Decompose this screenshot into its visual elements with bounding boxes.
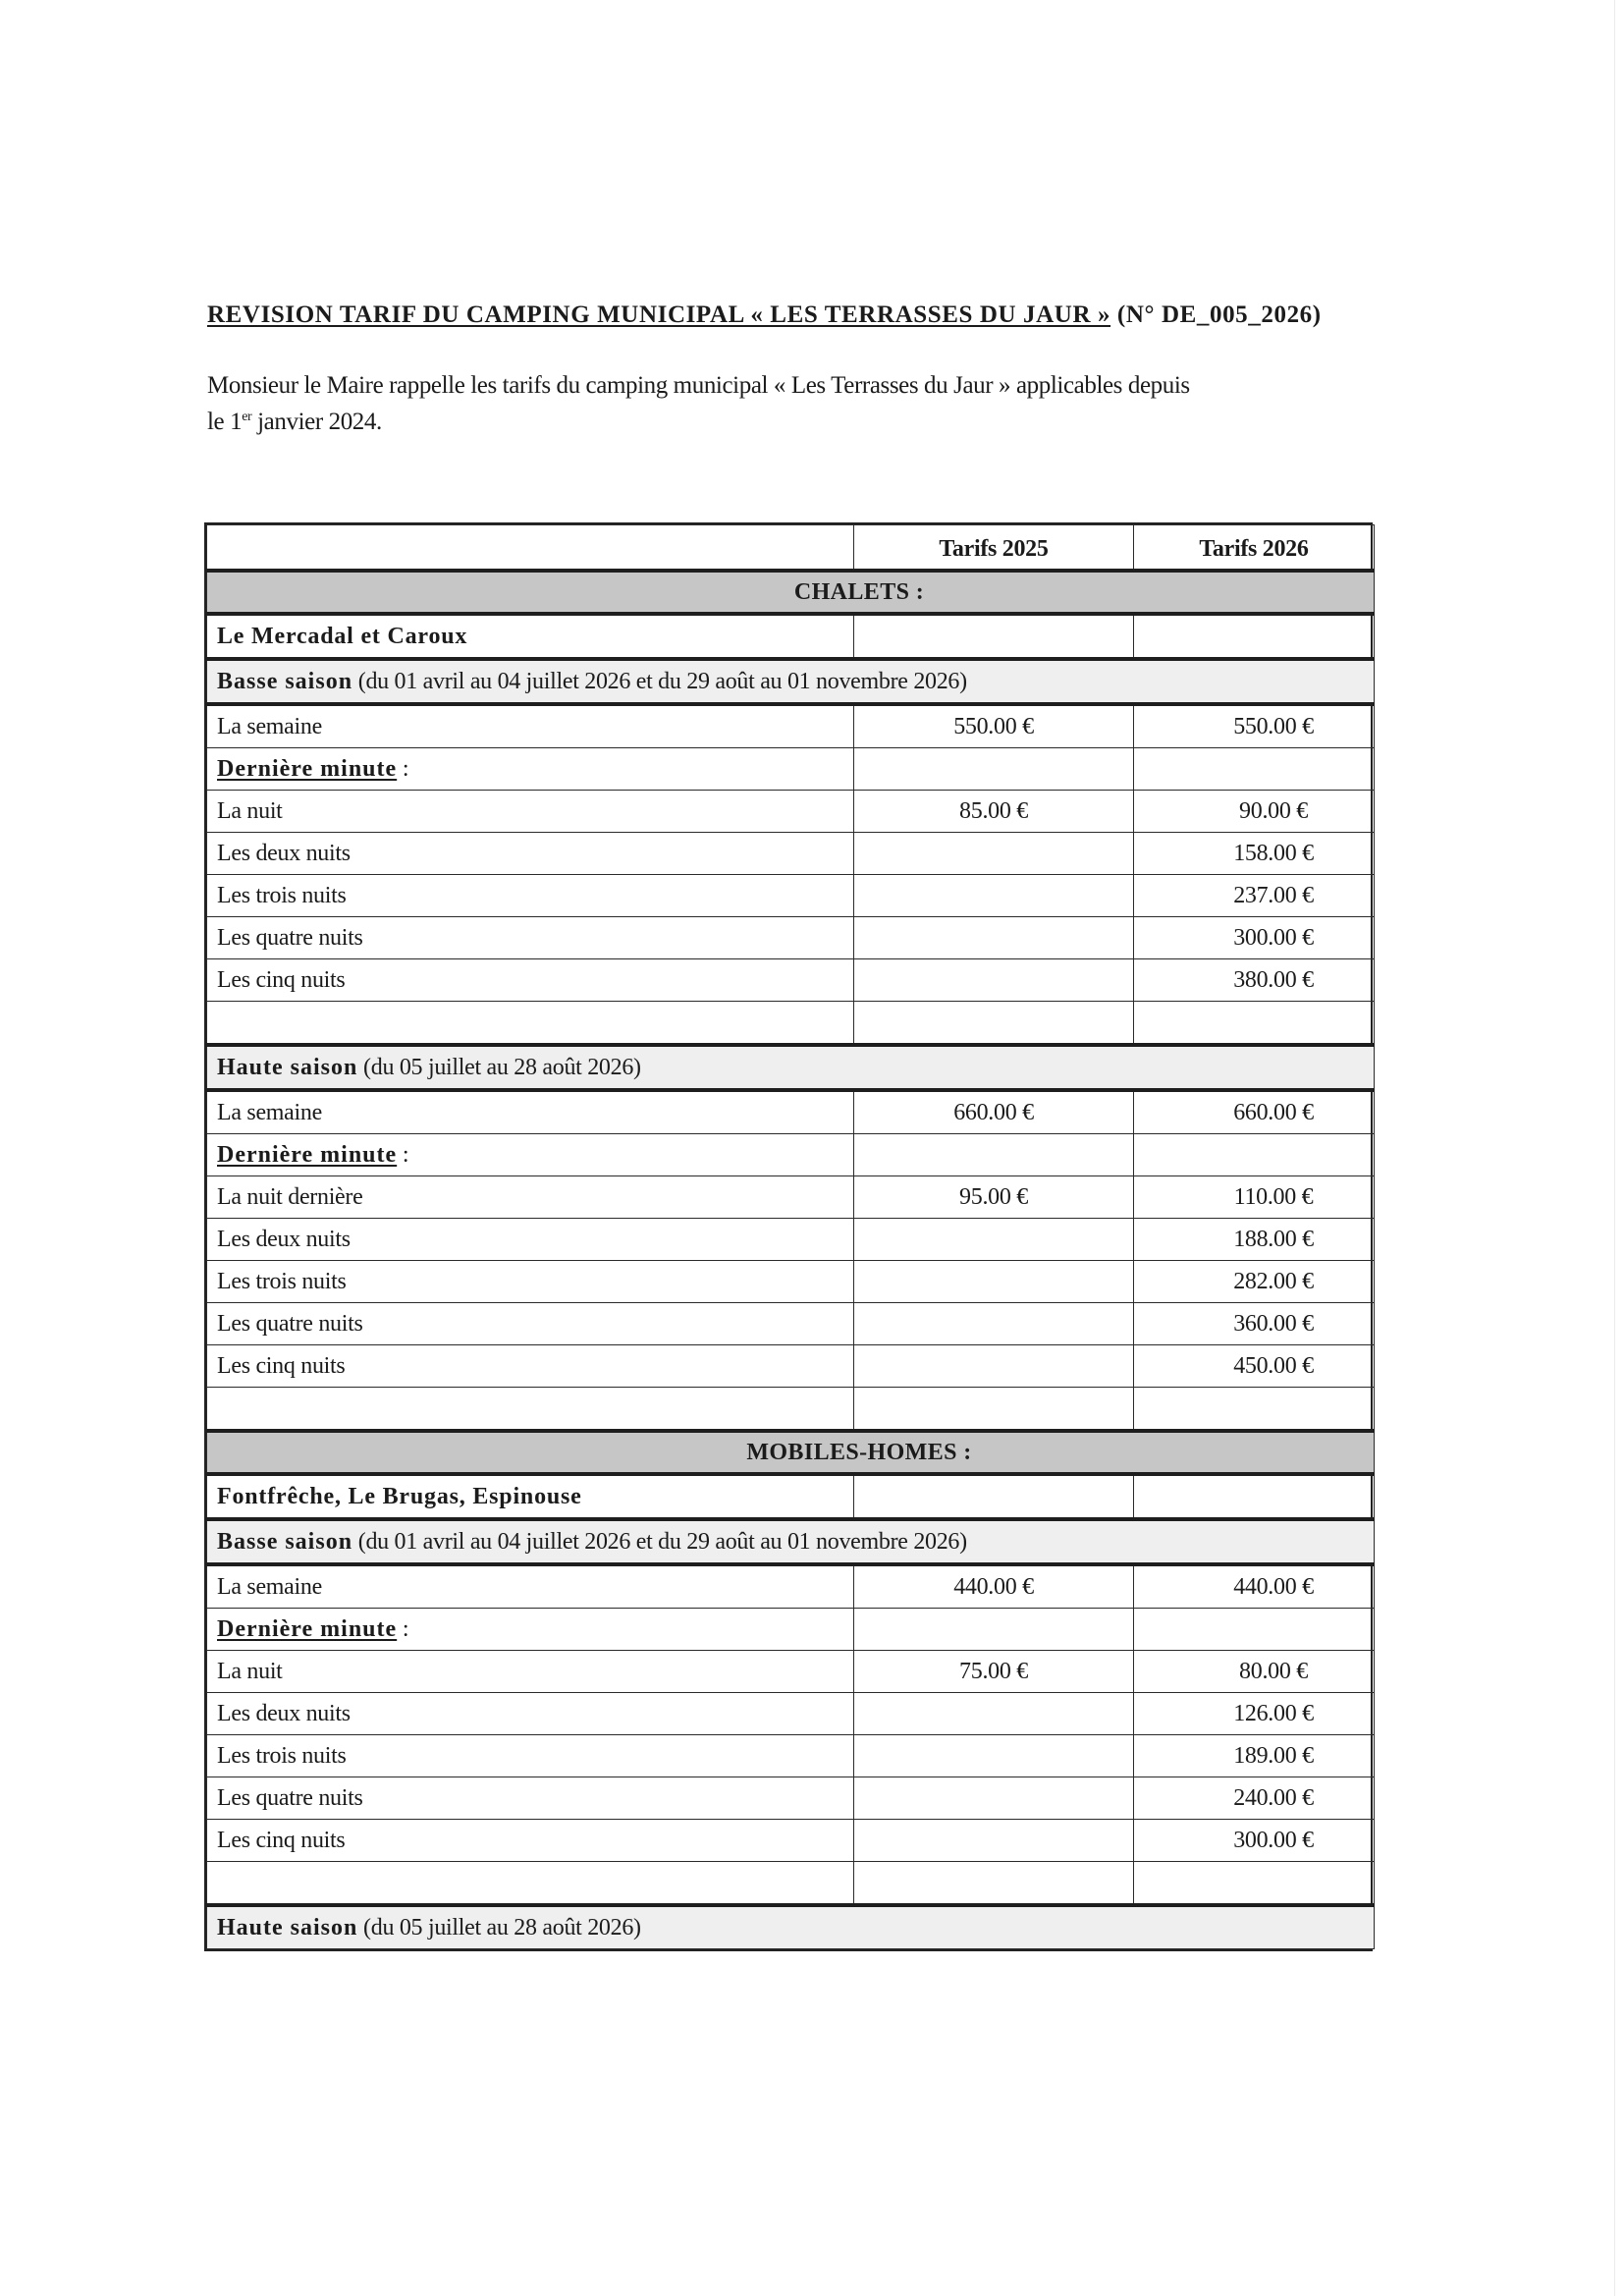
- section-row-chalets: CHALETS :: [207, 571, 1375, 614]
- blank-row: [207, 1862, 1375, 1906]
- season-row-mobiles-basse: Basse saison (du 01 avril au 04 juillet …: [207, 1519, 1375, 1564]
- table-row: Les trois nuits282.00 €: [207, 1261, 1375, 1303]
- intro-paragraph: Monsieur le Maire rappelle les tarifs du…: [207, 367, 1415, 440]
- table-row: Les deux nuits188.00 €: [207, 1219, 1375, 1261]
- season-label: Basse saison (du 01 avril au 04 juillet …: [207, 1519, 1375, 1564]
- blank-row: [207, 1002, 1375, 1046]
- heading-reference: (N° DE_005_2026): [1110, 301, 1322, 328]
- table-row: Les trois nuits237.00 €: [207, 875, 1375, 917]
- season-label: Basse saison (du 01 avril au 04 juillet …: [207, 659, 1375, 704]
- season-row-mobiles-haute: Haute saison (du 05 juillet au 28 août 2…: [207, 1905, 1375, 1949]
- header-cell-label: [207, 525, 854, 572]
- season-row-chalets-haute: Haute saison (du 05 juillet au 28 août 2…: [207, 1045, 1375, 1090]
- section-label: CHALETS :: [207, 571, 1375, 614]
- section-label: MOBILES-HOMES :: [207, 1431, 1375, 1474]
- intro-line-1: Monsieur le Maire rappelle les tarifs du…: [207, 367, 1415, 404]
- table-row: Les trois nuits189.00 €: [207, 1735, 1375, 1777]
- header-cell-2025: Tarifs 2025: [854, 525, 1134, 572]
- table-header-row: Tarifs 2025 Tarifs 2026: [207, 525, 1375, 572]
- intro-line-2-pre: le 1: [207, 409, 242, 435]
- table-row: Les quatre nuits360.00 €: [207, 1303, 1375, 1345]
- last-minute-row: Dernière minute :: [207, 748, 1375, 791]
- document-heading: REVISION TARIF DU CAMPING MUNICIPAL « LE…: [207, 301, 1415, 330]
- table-row: Les deux nuits158.00 €: [207, 833, 1375, 875]
- blank-row: [207, 1388, 1375, 1432]
- heading-title: REVISION TARIF DU CAMPING MUNICIPAL « LE…: [207, 301, 1110, 328]
- group-label: Fontfrêche, Le Brugas, Espinouse: [207, 1474, 854, 1519]
- scan-page-edge: [1614, 0, 1615, 2296]
- season-row-chalets-basse: Basse saison (du 01 avril au 04 juillet …: [207, 659, 1375, 704]
- table-row: La nuit85.00 €90.00 €: [207, 791, 1375, 833]
- table-row: La nuit dernière95.00 €110.00 €: [207, 1176, 1375, 1219]
- season-label: Haute saison (du 05 juillet au 28 août 2…: [207, 1045, 1375, 1090]
- table-row: Les quatre nuits240.00 €: [207, 1777, 1375, 1820]
- table-row: La semaine 660.00 € 660.00 €: [207, 1090, 1375, 1134]
- last-minute-row: Dernière minute :: [207, 1609, 1375, 1651]
- table-row: La semaine 550.00 € 550.00 €: [207, 704, 1375, 748]
- table-row: Les quatre nuits300.00 €: [207, 917, 1375, 959]
- season-label: Haute saison (du 05 juillet au 28 août 2…: [207, 1905, 1375, 1949]
- table-row: Les cinq nuits300.00 €: [207, 1820, 1375, 1862]
- table-row: Les cinq nuits380.00 €: [207, 959, 1375, 1002]
- table-row: Les cinq nuits450.00 €: [207, 1345, 1375, 1388]
- intro-line-2-post: janvier 2024.: [251, 409, 382, 435]
- header-cell-2026: Tarifs 2026: [1134, 525, 1375, 572]
- intro-line-2-sup: er: [242, 410, 251, 424]
- group-row-mobiles-homes: Fontfrêche, Le Brugas, Espinouse: [207, 1474, 1375, 1519]
- group-label: Le Mercadal et Caroux: [207, 614, 854, 659]
- group-row-chalets: Le Mercadal et Caroux: [207, 614, 1375, 659]
- table-row: La nuit75.00 €80.00 €: [207, 1651, 1375, 1693]
- tariff-table: Tarifs 2025 Tarifs 2026 CHALETS : Le Mer…: [204, 522, 1373, 1951]
- last-minute-row: Dernière minute :: [207, 1134, 1375, 1176]
- table-row: Les deux nuits126.00 €: [207, 1693, 1375, 1735]
- section-row-mobiles-homes: MOBILES-HOMES :: [207, 1431, 1375, 1474]
- table-row: La semaine 440.00 € 440.00 €: [207, 1564, 1375, 1609]
